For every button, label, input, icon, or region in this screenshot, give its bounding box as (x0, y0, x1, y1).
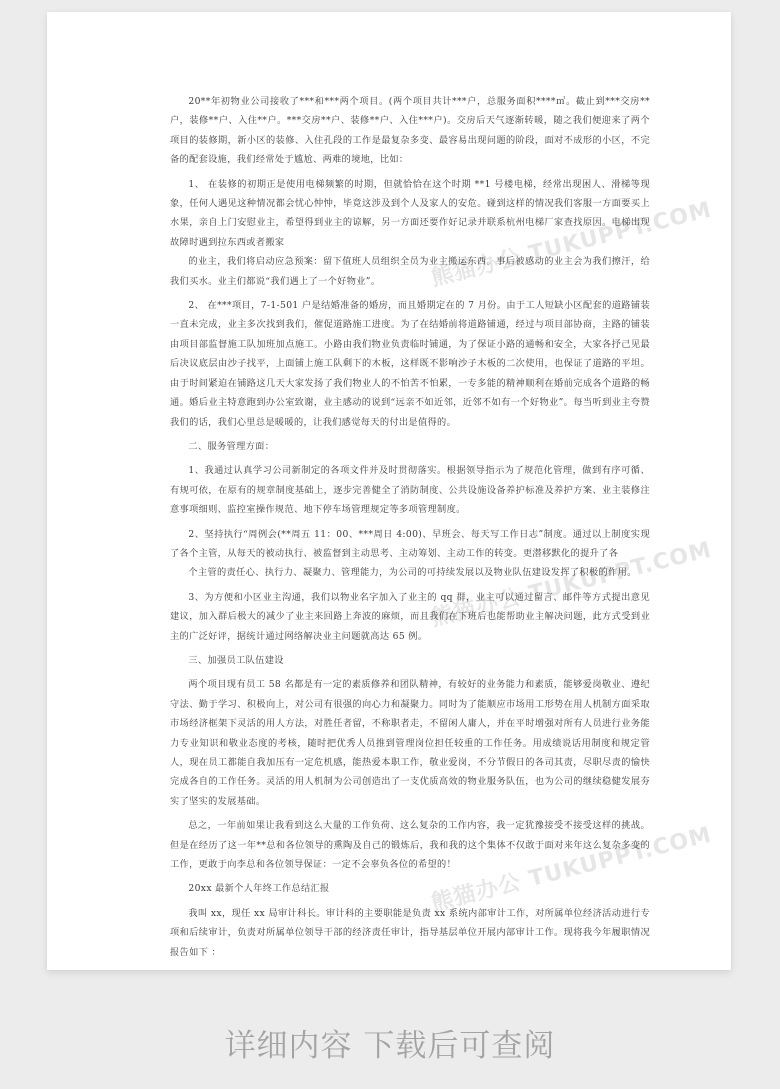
paragraph-item-2: 2、 在***项目，7-1-501 户是结婚准备的婚房，而且婚期定在的 7 月份… (170, 296, 650, 432)
document-body: 20**年初物业公司接收了***和***两个项目。(两个项目共计***户，总服务… (170, 92, 650, 970)
paragraph-service-1: 1、我通过认真学习公司新制定的各项文件并及时贯彻落实。根据领导指示为了规范化管理… (170, 461, 650, 519)
paragraph-service-2-cont: 个主管的责任心、执行力、凝聚力、管理能力，为公司的可持续发展以及物业队伍建设发挥… (170, 563, 650, 582)
paragraph-intro: 20**年初物业公司接收了***和***两个项目。(两个项目共计***户，总服务… (170, 92, 650, 170)
section-heading-audit: 一、实施内部审计，发挥内审 (170, 967, 650, 970)
paragraph-service-3: 3、为方便和小区业主沟通，我们以物业名字加入了业主的 qq 群，业主可以通过留言… (170, 588, 650, 646)
paragraph-audit-intro: 我叫 xx，现任 xx 局审计科长。审计科的主要职能是负责 xx 系统内部审计工… (170, 904, 650, 962)
paragraph-item-1-cont: 的业主，我们将启动应急预案：留下值班人员组织全员为业主搬运东西。事后被感动的业主… (170, 252, 650, 291)
paragraph-item-1: 1、 在装修的初期正是使用电梯频繁的时期，但就恰恰在这个时期 **1 号楼电梯，… (170, 175, 650, 253)
paragraph-staff: 两个项目现有员工 58 名都是有一定的素质修养和团队精神，有较好的业务能力和素质… (170, 675, 650, 811)
paragraph-service-2: 2、坚持执行“周例会(**周五 11：00、***周日 4:00)、早班会、每天… (170, 525, 650, 564)
heading-report-title: 20xx 最新个人年终工作总结汇报 (170, 879, 650, 898)
download-caption: 详细内容 下载后可查阅 (0, 1020, 780, 1065)
paragraph-conclusion: 总之，一年前如果让我看到这么大量的工作负荷、这么复杂的工作内容，我一定犹豫接受不… (170, 816, 650, 874)
section-heading-service: 二、服务管理方面： (170, 437, 650, 456)
section-heading-staff: 三、加强员工队伍建设 (170, 651, 650, 670)
document-page: 熊猫办公 TUKUPPT.COM 熊猫办公 TUKUPPT.COM 熊猫办公 T… (47, 12, 731, 970)
